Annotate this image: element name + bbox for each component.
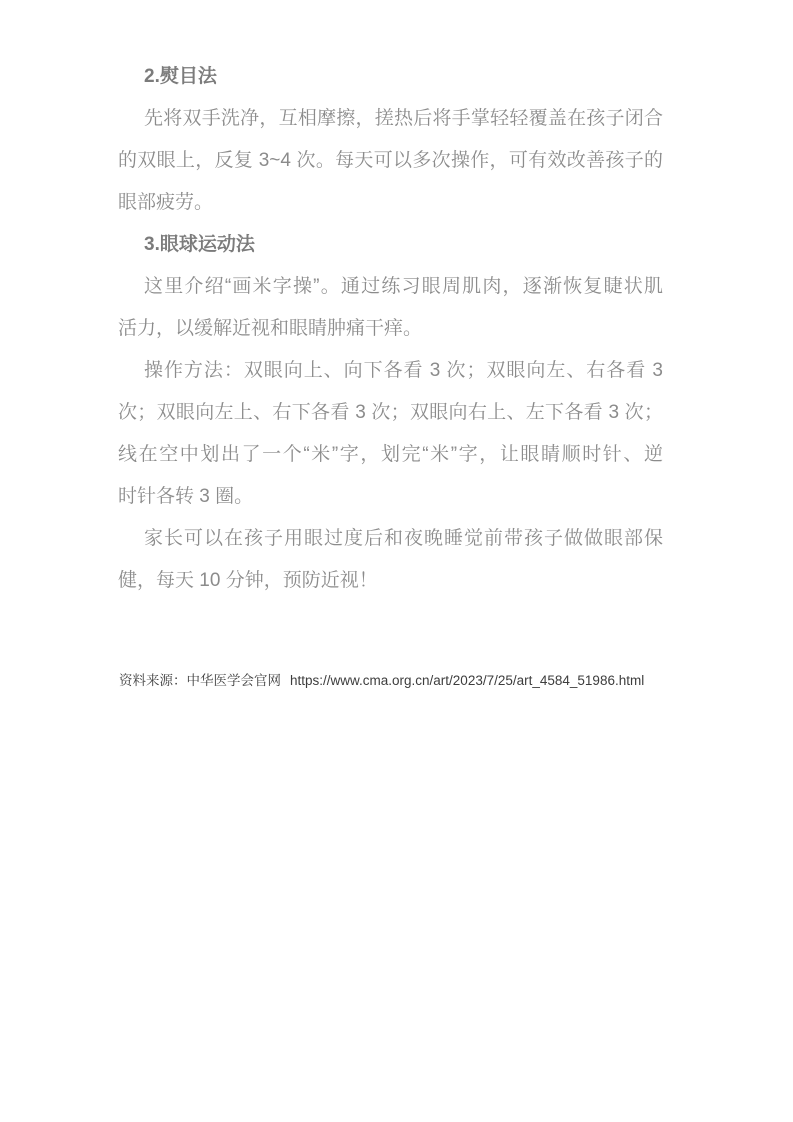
source-attribution: 资料来源：中华医学会官网https://www.cma.org.cn/art/2… <box>119 671 679 691</box>
paragraph-line: 健，每天 10 分钟，预防近视！ <box>118 560 663 602</box>
document-body: 2.熨目法 先将双手洗净，互相摩擦，搓热后将手掌轻轻覆盖在孩子闭合 的双眼上，反… <box>118 56 663 602</box>
section-heading-2: 2.熨目法 <box>118 56 663 98</box>
paragraph-line: 操作方法：双眼向上、向下各看 3 次；双眼向左、右各看 3 <box>118 350 663 392</box>
paragraph-line: 家长可以在孩子用眼过度后和夜晚睡觉前带孩子做做眼部保 <box>118 518 663 560</box>
paragraph-line: 的双眼上，反复 3~4 次。每天可以多次操作，可有效改善孩子的 <box>118 140 663 182</box>
paragraph-line: 线在空中划出了一个“米”字，划完“米”字，让眼睛顺时针、逆 <box>118 434 663 476</box>
paragraph-line: 这里介绍“画米字操”。通过练习眼周肌肉，逐渐恢复睫状肌 <box>118 266 663 308</box>
paragraph-line: 时针各转 3 圈。 <box>118 476 663 518</box>
section-heading-3: 3.眼球运动法 <box>118 224 663 266</box>
paragraph-line: 先将双手洗净，互相摩擦，搓热后将手掌轻轻覆盖在孩子闭合 <box>118 98 663 140</box>
paragraph-line: 眼部疲劳。 <box>118 182 663 224</box>
paragraph-line: 次；双眼向左上、右下各看 3 次；双眼向右上、左下各看 3 次；视 <box>118 392 663 434</box>
source-label: 资料来源：中华医学会官网 <box>119 673 281 688</box>
source-url: https://www.cma.org.cn/art/2023/7/25/art… <box>290 673 644 688</box>
paragraph-line: 活力，以缓解近视和眼睛肿痛干痒。 <box>118 308 663 350</box>
document-page: 2.熨目法 先将双手洗净，互相摩擦，搓热后将手掌轻轻覆盖在孩子闭合 的双眼上，反… <box>0 0 793 1122</box>
